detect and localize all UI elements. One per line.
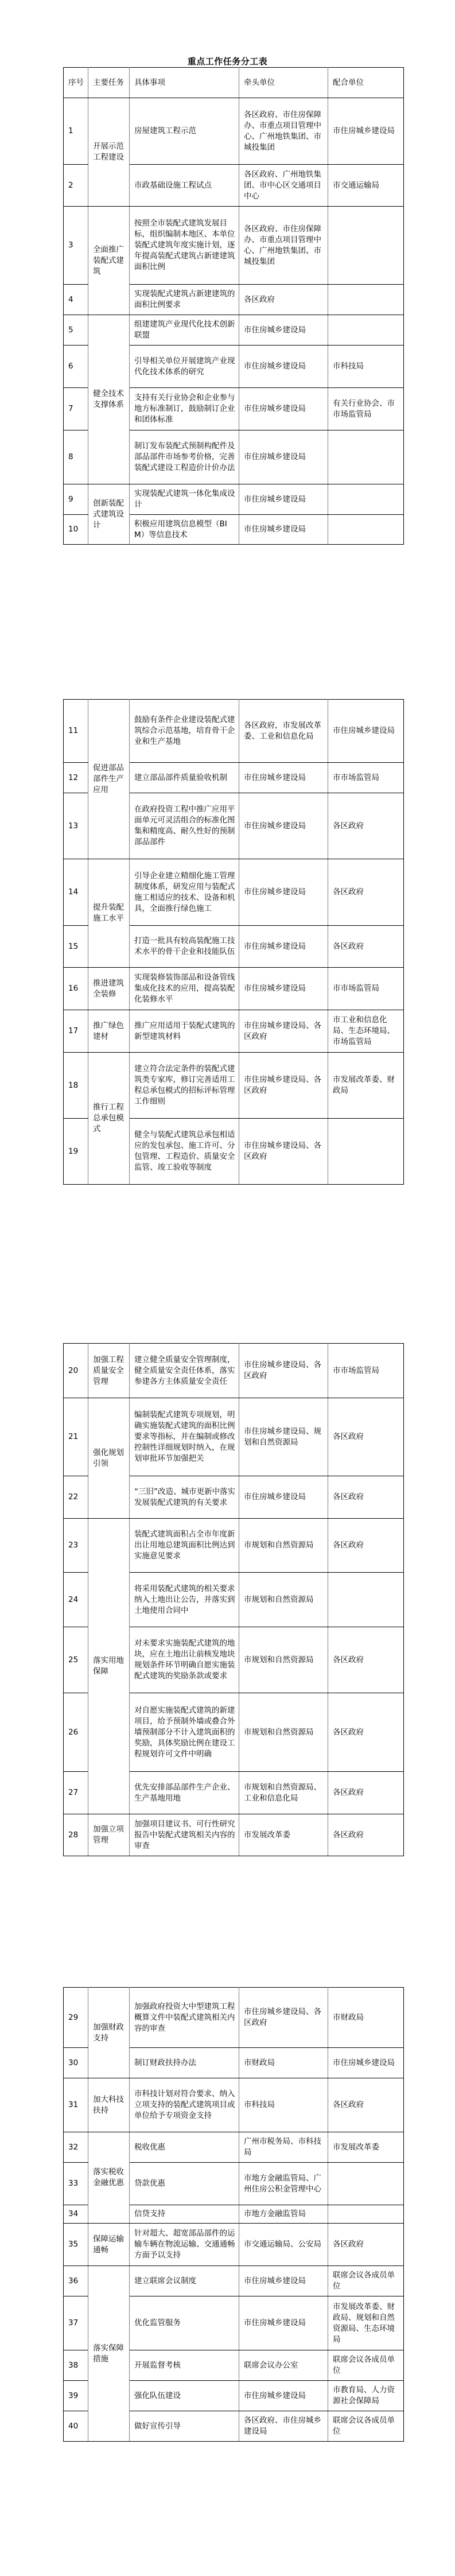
row-task: 加大科技扶持 <box>88 2078 130 2132</box>
row-item: 做好宣传引导 <box>130 2411 239 2442</box>
row-no: 4 <box>64 285 88 315</box>
row-task: 健全技术支撑体系 <box>88 315 130 484</box>
row-task: 加强财政支持 <box>88 1988 130 2078</box>
task-table-page-3: 20 加强工程质量安全管理 建立健全质量安全管理制度，健全质量安全责任体系，落实… <box>63 1343 404 1856</box>
row-task: 保障运输通畅 <box>88 2224 130 2266</box>
row-coop: 市住房城乡建设局 <box>328 98 404 165</box>
row-lead: 市规划和自然资源局 <box>239 1693 328 1772</box>
row-no: 7 <box>64 388 88 430</box>
row-no: 26 <box>64 1693 88 1772</box>
row-coop <box>328 2163 404 2205</box>
row-coop: 各区政府 <box>328 2078 404 2132</box>
row-no: 2 <box>64 165 88 207</box>
row-no: 14 <box>64 859 88 926</box>
row-item: 建立部品部件质量验收机制 <box>130 763 239 793</box>
row-task: 强化规划引领 <box>88 1398 130 1519</box>
row-item: 制订发布装配式预制构配件及部品部件市场参考价格，完善装配式建设工程造价计价办法 <box>130 430 239 484</box>
row-coop: 市教育局、人力资源社会保障局 <box>328 2381 404 2411</box>
row-item: 按照全市装配式建筑发展目标，组织编制本地区、本单位装配式建筑年度实施计划，逐年提… <box>130 207 239 285</box>
row-no: 16 <box>64 968 88 1010</box>
row-lead: 各区政府，市发展改革委、工业和信息化局 <box>239 700 328 763</box>
header-task: 主要任务 <box>88 68 130 98</box>
row-no: 25 <box>64 1627 88 1693</box>
row-task: 推广绿色建材 <box>88 1010 130 1053</box>
row-item: 对自愿实施装配式建筑的新建项目，给予预制外墙或叠合外墙预制部分不计入建筑面积的奖… <box>130 1693 239 1772</box>
row-lead: 各区政府、市住房城乡建设局 <box>239 2411 328 2442</box>
row-no: 29 <box>64 1988 88 2048</box>
row-item: 引导相关单位开展建筑产业现代化技术体系的研究 <box>130 346 239 388</box>
row-coop: 各区政府 <box>328 1693 404 1772</box>
row-item: 制订财政扶持办法 <box>130 2048 239 2078</box>
row-item: 实现装配式建筑占新建建筑的面积比例要求 <box>130 285 239 315</box>
row-lead: 市规划和自然资源局、工业和信息化局 <box>239 1772 328 1814</box>
row-lead: 市规划和自然资源局 <box>239 1627 328 1693</box>
row-no: 3 <box>64 207 88 285</box>
task-table-page-4: 29 加强财政支持 加强政府投资大中型建筑工程概算文件中装配式建筑相关内容的审查… <box>63 1987 404 2442</box>
row-task: 全面推广装配式建筑 <box>88 207 130 315</box>
row-item: 在政府投资工程中推广应用平面单元可灵活组合的标准化图集和精度高、耐久性好的预制部… <box>130 793 239 859</box>
row-task: 推行工程总承包模式 <box>88 1053 130 1185</box>
row-item: 市政基础设施工程试点 <box>130 165 239 207</box>
row-item: 引导企业建立精细化施工管理制度体系，研发应用与装配式施工相适应的技术、设备和机具… <box>130 859 239 926</box>
table-row: 36 落实保障措施 建立联席会议制度 市住房城乡建设局 联席会议各成员单位 <box>64 2266 404 2296</box>
row-item: 针对超大、超宽部品部件的运输车辆在物流运输、交通通畅方面予以支持 <box>130 2224 239 2266</box>
row-item: 组建建筑产业现代化技术创新联盟 <box>130 315 239 346</box>
row-item: 建立健全质量安全管理制度，健全质量安全责任体系，落实参建各方主体质量安全责任 <box>130 1344 239 1398</box>
row-no: 36 <box>64 2266 88 2296</box>
row-coop: 各区政府 <box>328 1627 404 1693</box>
row-item: “三旧”改造、城市更新中落实发展装配式建筑的有关要求 <box>130 1476 239 1519</box>
row-task: 落实税收金融优惠 <box>88 2132 130 2224</box>
row-coop: 各区政府 <box>328 2224 404 2266</box>
row-no: 1 <box>64 98 88 165</box>
row-no: 13 <box>64 793 88 859</box>
row-coop <box>328 2205 404 2224</box>
row-item: 积极应用建筑信息模型（BIM）等信息技术 <box>130 515 239 545</box>
row-coop: 市工业和信息化局、生态环境局、市场监管局 <box>328 1010 404 1053</box>
row-coop: 市科技局 <box>328 346 404 388</box>
row-coop <box>328 285 404 315</box>
row-no: 38 <box>64 2350 88 2381</box>
row-coop: 各区政府 <box>328 793 404 859</box>
row-coop: 各区政府 <box>328 1772 404 1814</box>
row-no: 10 <box>64 515 88 545</box>
row-lead: 市交通运输局、公安局 <box>239 2224 328 2266</box>
row-item: 支持有关行业协会和企业参与地方标准制订，鼓励制订企业和团体标准 <box>130 388 239 430</box>
row-no: 34 <box>64 2205 88 2224</box>
row-lead: 市住房城乡建设局 <box>239 315 328 346</box>
row-task: 提升装配施工水平 <box>88 859 130 968</box>
row-lead: 市住房城乡建设局、各区政府 <box>239 1344 328 1398</box>
table-row: 32 落实税收金融优惠 税收优惠 广州市税务局、市科技局 市发展改革委 <box>64 2132 404 2163</box>
row-no: 21 <box>64 1398 88 1476</box>
row-no: 33 <box>64 2163 88 2205</box>
row-lead: 市住房城乡建设局、规划和自然资源局 <box>239 1398 328 1476</box>
row-item: 装配式建筑面积占全市年度新出让用地总建筑面积比例达到实施意见要求 <box>130 1519 239 1573</box>
row-coop: 市发展改革委 <box>328 2132 404 2163</box>
row-no: 37 <box>64 2296 88 2350</box>
row-coop: 市财政局 <box>328 1988 404 2048</box>
row-lead: 市住房城乡建设局、各区政府 <box>239 1053 328 1119</box>
row-no: 9 <box>64 484 88 515</box>
row-no: 12 <box>64 763 88 793</box>
table-row: 16 推进建筑全装修 实现装修装饰部品和设备管线集成化技术的应用，提高装配化装修… <box>64 968 404 1010</box>
table-row: 1 开展示范工程建设 房屋建筑工程示范 各区政府、市住房保障办、市重点项目管理中… <box>64 98 404 165</box>
row-task: 促进部品部件生产应用 <box>88 700 130 859</box>
table-row: 11 促进部品部件生产应用 鼓励有条件企业建设装配式建筑综合示范基地，培育骨干企… <box>64 700 404 763</box>
table-row: 20 加强工程质量安全管理 建立健全质量安全管理制度，健全质量安全责任体系，落实… <box>64 1344 404 1398</box>
row-coop: 市交通运输局 <box>328 165 404 207</box>
row-no: 6 <box>64 346 88 388</box>
row-lead: 市财政局 <box>239 2048 328 2078</box>
row-coop <box>328 315 404 346</box>
row-lead: 各区政府、市住房保障办、市重点项目管理中心、广州地铁集团、市城投集团 <box>239 207 328 285</box>
row-item: 贷款优惠 <box>130 2163 239 2205</box>
row-lead: 市地方金融监管局、广州住房公积金管理中心 <box>239 2163 328 2205</box>
row-lead: 市住房城乡建设局 <box>239 2381 328 2411</box>
row-coop: 联席会议各成员单位 <box>328 2411 404 2442</box>
row-lead: 市住房城乡建设局、各区政府 <box>239 1010 328 1053</box>
row-no: 40 <box>64 2411 88 2442</box>
row-coop: 市市场监管局 <box>328 1344 404 1398</box>
row-item: 强化队伍建设 <box>130 2381 239 2411</box>
row-lead: 广州市税务局、市科技局 <box>239 2132 328 2163</box>
table-row: 21 强化规划引领 编制装配式建筑专项规划，明确实施装配式建筑的面积比例要求等指… <box>64 1398 404 1476</box>
row-no: 35 <box>64 2224 88 2266</box>
header-item: 具体事项 <box>130 68 239 98</box>
row-item: 实现装配式建筑一体化集成设计 <box>130 484 239 515</box>
row-lead: 市住房城乡建设局 <box>239 968 328 1010</box>
table-row: 3 全面推广装配式建筑 按照全市装配式建筑发展目标，组织编制本地区、本单位装配式… <box>64 207 404 285</box>
row-lead: 联席会议办公室 <box>239 2350 328 2381</box>
row-lead: 市住房城乡建设局 <box>239 763 328 793</box>
row-no: 18 <box>64 1053 88 1119</box>
row-item: 将采用装配式建筑的相关要求纳入土地出让公告，并落实到土地使用合同中 <box>130 1573 239 1627</box>
row-task: 落实保障措施 <box>88 2266 130 2442</box>
row-coop <box>328 430 404 484</box>
row-lead: 市住房城乡建设局 <box>239 388 328 430</box>
row-lead: 各区政府、市住房保障办、市重点项目管理中心、广州地铁集团、市城投集团 <box>239 98 328 165</box>
row-lead: 市住房城乡建设局、各区政府 <box>239 1119 328 1185</box>
table-row: 17 推广绿色建材 推广应用适用于装配式建筑的新型建筑材料 市住房城乡建设局、各… <box>64 1010 404 1053</box>
row-coop <box>328 515 404 545</box>
row-item: 开展监督考核 <box>130 2350 239 2381</box>
row-item: 优先安排部品部件生产企业、生产基地用地 <box>130 1772 239 1814</box>
row-item: 加强项目建议书、可行性研究报告中装配式建筑相关内容的审查 <box>130 1814 239 1856</box>
row-no: 31 <box>64 2078 88 2132</box>
row-item: 优化监管服务 <box>130 2296 239 2350</box>
table-row: 31 加大科技扶持 市科技计划对符合要求、纳入立项支持的装配式建筑项目或单位给予… <box>64 2078 404 2132</box>
row-no: 22 <box>64 1476 88 1519</box>
row-no: 39 <box>64 2381 88 2411</box>
row-coop <box>328 484 404 515</box>
row-item: 编制装配式建筑专项规划，明确实施装配式建筑的面积比例要求等指标，并在编制或修改控… <box>130 1398 239 1476</box>
row-coop <box>328 1119 404 1185</box>
row-lead: 市住房城乡建设局 <box>239 346 328 388</box>
row-lead: 市住房城乡建设局 <box>239 2296 328 2350</box>
row-coop: 各区政府 <box>328 1519 404 1573</box>
row-coop: 市市场监管局 <box>328 763 404 793</box>
row-no: 5 <box>64 315 88 346</box>
table-row: 5 健全技术支撑体系 组建建筑产业现代化技术创新联盟 市住房城乡建设局 <box>64 315 404 346</box>
row-task: 创新装配式建筑设计 <box>88 484 130 545</box>
row-coop: 市住房城乡建设局 <box>328 700 404 763</box>
row-no: 11 <box>64 700 88 763</box>
header-no: 序号 <box>64 68 88 98</box>
row-no: 8 <box>64 430 88 484</box>
row-lead: 市规划和自然资源局 <box>239 1519 328 1573</box>
row-item: 加强政府投资大中型建筑工程概算文件中装配式建筑相关内容的审查 <box>130 1988 239 2048</box>
row-coop <box>328 1573 404 1627</box>
table-header-row: 序号 主要任务 具体事项 牵头单位 配合单位 <box>64 68 404 98</box>
row-lead: 市科技局 <box>239 2078 328 2132</box>
row-no: 28 <box>64 1814 88 1856</box>
row-lead: 各区政府 <box>239 285 328 315</box>
row-coop: 各区政府 <box>328 1814 404 1856</box>
row-item: 建立符合法定条件的装配式建筑类专家库，修订完善适用工程总承包模式的招标评标管理工… <box>130 1053 239 1119</box>
row-lead: 市地方金融监管局 <box>239 2205 328 2224</box>
task-table-page-2: 11 促进部品部件生产应用 鼓励有条件企业建设装配式建筑综合示范基地，培育骨干企… <box>63 699 404 1185</box>
row-no: 30 <box>64 2048 88 2078</box>
row-lead: 市住房城乡建设局 <box>239 430 328 484</box>
row-lead: 市住房城乡建设局 <box>239 926 328 968</box>
table-row: 9 创新装配式建筑设计 实现装配式建筑一体化集成设计 市住房城乡建设局 <box>64 484 404 515</box>
table-row: 18 推行工程总承包模式 建立符合法定条件的装配式建筑类专家库，修订完善适用工程… <box>64 1053 404 1119</box>
row-item: 实现装修装饰部品和设备管线集成化技术的应用，提高装配化装修水平 <box>130 968 239 1010</box>
row-coop: 市发展改革委、财政局、规划和自然资源局、生态环境局 <box>328 2296 404 2350</box>
row-item: 健全与装配式建筑总承包相适应的发包承包、施工许可、分包管理、工程造价、质量安全监… <box>130 1119 239 1185</box>
row-item: 信贷支持 <box>130 2205 239 2224</box>
row-coop: 市发展改革委、财政局 <box>328 1053 404 1119</box>
row-item: 打造一批具有较高装配施工技术水平的骨干企业和技能队伍 <box>130 926 239 968</box>
row-coop: 有关行业协会、市市场监管局 <box>328 388 404 430</box>
row-lead: 市住房城乡建设局 <box>239 484 328 515</box>
row-item: 建立联席会议制度 <box>130 2266 239 2296</box>
row-lead: 市住房城乡建设局 <box>239 515 328 545</box>
page-title: 重点工作任务分工表 <box>0 56 455 67</box>
row-coop: 各区政府 <box>328 859 404 926</box>
row-lead: 市住房城乡建设局 <box>239 2266 328 2296</box>
row-item: 房屋建筑工程示范 <box>130 98 239 165</box>
row-no: 17 <box>64 1010 88 1053</box>
header-lead: 牵头单位 <box>239 68 328 98</box>
row-task: 落实用地保障 <box>88 1519 130 1814</box>
row-task: 开展示范工程建设 <box>88 98 130 207</box>
table-row: 14 提升装配施工水平 引导企业建立精细化施工管理制度体系，研发应用与装配式施工… <box>64 859 404 926</box>
row-coop: 市住房城乡建设局 <box>328 2048 404 2078</box>
row-item: 税收优惠 <box>130 2132 239 2163</box>
table-row: 35 保障运输通畅 针对超大、超宽部品部件的运输车辆在物流运输、交通通畅方面予以… <box>64 2224 404 2266</box>
row-lead: 市住房城乡建设局 <box>239 1476 328 1519</box>
row-lead: 市发展改革委 <box>239 1814 328 1856</box>
row-item: 推广应用适用于装配式建筑的新型建筑材料 <box>130 1010 239 1053</box>
table-row: 23 落实用地保障 装配式建筑面积占全市年度新出让用地总建筑面积比例达到实施意见… <box>64 1519 404 1573</box>
row-item: 对未要求实施装配式建筑的地块，应在土地出让前核发地块规划条件环节明确自愿实施装配… <box>130 1627 239 1693</box>
row-coop: 市市场监管局 <box>328 968 404 1010</box>
row-task: 加强立项管理 <box>88 1814 130 1856</box>
row-item: 鼓励有条件企业建设装配式建筑综合示范基地，培育骨干企业和生产基地 <box>130 700 239 763</box>
row-no: 32 <box>64 2132 88 2163</box>
row-lead: 各区政府、广州地铁集团、市中心区交通项目中心 <box>239 165 328 207</box>
row-item: 市科技计划对符合要求、纳入立项支持的装配式建筑项目或单位给予专项资金支持 <box>130 2078 239 2132</box>
row-no: 20 <box>64 1344 88 1398</box>
row-coop: 各区政府 <box>328 1398 404 1476</box>
table-row: 29 加强财政支持 加强政府投资大中型建筑工程概算文件中装配式建筑相关内容的审查… <box>64 1988 404 2048</box>
row-no: 15 <box>64 926 88 968</box>
task-table-page-1: 序号 主要任务 具体事项 牵头单位 配合单位 1 开展示范工程建设 房屋建筑工程… <box>63 67 404 545</box>
row-lead: 市住房城乡建设局 <box>239 859 328 926</box>
table-row: 28 加强立项管理 加强项目建议书、可行性研究报告中装配式建筑相关内容的审查 市… <box>64 1814 404 1856</box>
row-coop: 联席会议各成员单位 <box>328 2266 404 2296</box>
row-coop: 各区政府 <box>328 926 404 968</box>
row-lead: 市规划和自然资源局 <box>239 1573 328 1627</box>
row-lead: 市住房城乡建设局、各区政府 <box>239 1988 328 2048</box>
row-task: 加强工程质量安全管理 <box>88 1344 130 1398</box>
row-task: 推进建筑全装修 <box>88 968 130 1010</box>
row-no: 23 <box>64 1519 88 1573</box>
row-no: 27 <box>64 1772 88 1814</box>
header-coop: 配合单位 <box>328 68 404 98</box>
row-coop: 联席会议各成员单位 <box>328 2350 404 2381</box>
row-no: 19 <box>64 1119 88 1185</box>
row-lead: 市住房城乡建设局 <box>239 793 328 859</box>
row-no: 24 <box>64 1573 88 1627</box>
row-coop <box>328 207 404 285</box>
row-coop: 各区政府 <box>328 1476 404 1519</box>
